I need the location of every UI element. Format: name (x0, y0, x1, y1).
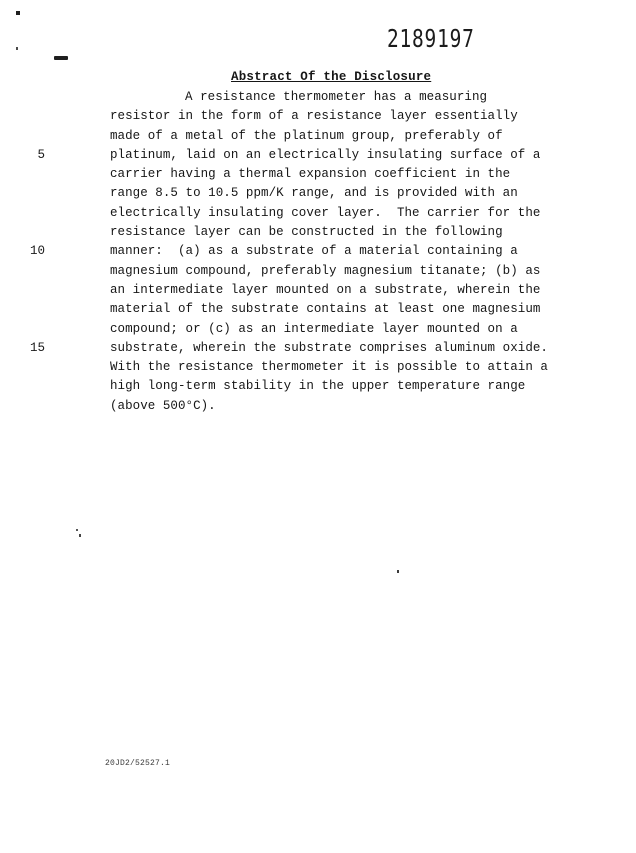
text-line-row: made of a metal of the platinum group, p… (15, 129, 575, 148)
text-line: resistor in the form of a resistance lay… (110, 109, 518, 123)
text-line-row: 10 manner: (a) as a substrate of a mater… (15, 244, 575, 263)
scanned-patent-page: 2189197 Abstract Of the Disclosure A res… (0, 0, 636, 853)
text-line-row: electrically insulating cover layer. The… (15, 206, 575, 225)
text-line: resistance layer can be constructed in t… (110, 225, 503, 239)
text-line-row: 5 platinum, laid on an electrically insu… (15, 148, 575, 167)
text-line: magnesium compound, preferably magnesium… (110, 264, 540, 278)
footer-docket-number: 20JD2/52527.1 (105, 759, 170, 768)
text-line: range 8.5 to 10.5 ppm/K range, and is pr… (110, 186, 518, 200)
text-line: With the resistance thermometer it is po… (110, 360, 548, 374)
line-number-margin: 15 (15, 341, 45, 355)
text-line-row: carrier having a thermal expansion coeff… (15, 167, 575, 186)
scan-artifact-dot (397, 570, 399, 573)
scan-artifact-dot (16, 47, 18, 50)
text-line-row: range 8.5 to 10.5 ppm/K range, and is pr… (15, 186, 575, 205)
scan-artifact-dash (54, 56, 68, 60)
patent-number-stamp: 2189197 (387, 24, 475, 53)
text-line-row: magnesium compound, preferably magnesium… (15, 264, 575, 283)
text-line-row: compound; or (c) as an intermediate laye… (15, 322, 575, 341)
text-line: platinum, laid on an electrically insula… (110, 148, 540, 162)
scan-artifact-dot (16, 11, 20, 15)
text-line-row: an intermediate layer mounted on a subst… (15, 283, 575, 302)
text-line: compound; or (c) as an intermediate laye… (110, 322, 518, 336)
text-line-row: With the resistance thermometer it is po… (15, 360, 575, 379)
abstract-body-text: A resistance thermometer has a measuring… (15, 90, 575, 418)
text-line-row: resistance layer can be constructed in t… (15, 225, 575, 244)
text-line: (above 500°C). (110, 399, 216, 413)
text-line-row: (above 500°C). (15, 399, 575, 418)
scan-artifact-speck (79, 534, 81, 537)
text-line: electrically insulating cover layer. The… (110, 206, 540, 220)
abstract-title: Abstract Of the Disclosure (231, 70, 431, 84)
text-line-row: 15 substrate, wherein the substrate comp… (15, 341, 575, 360)
text-line: high long-term stability in the upper te… (110, 379, 525, 393)
text-line: material of the substrate contains at le… (110, 302, 540, 316)
text-line: made of a metal of the platinum group, p… (110, 129, 503, 143)
line-number-margin: 10 (15, 244, 45, 258)
text-line-row: A resistance thermometer has a measuring (15, 90, 575, 109)
text-line-row: material of the substrate contains at le… (15, 302, 575, 321)
text-line: carrier having a thermal expansion coeff… (110, 167, 510, 181)
text-line: substrate, wherein the substrate compris… (110, 341, 548, 355)
text-line: A resistance thermometer has a measuring (185, 90, 487, 104)
text-line-row: resistor in the form of a resistance lay… (15, 109, 575, 128)
text-line: manner: (a) as a substrate of a material… (110, 244, 518, 258)
line-number-margin: 5 (15, 148, 45, 162)
text-line-row: high long-term stability in the upper te… (15, 379, 575, 398)
text-line: an intermediate layer mounted on a subst… (110, 283, 540, 297)
scan-artifact-speck (76, 529, 78, 531)
